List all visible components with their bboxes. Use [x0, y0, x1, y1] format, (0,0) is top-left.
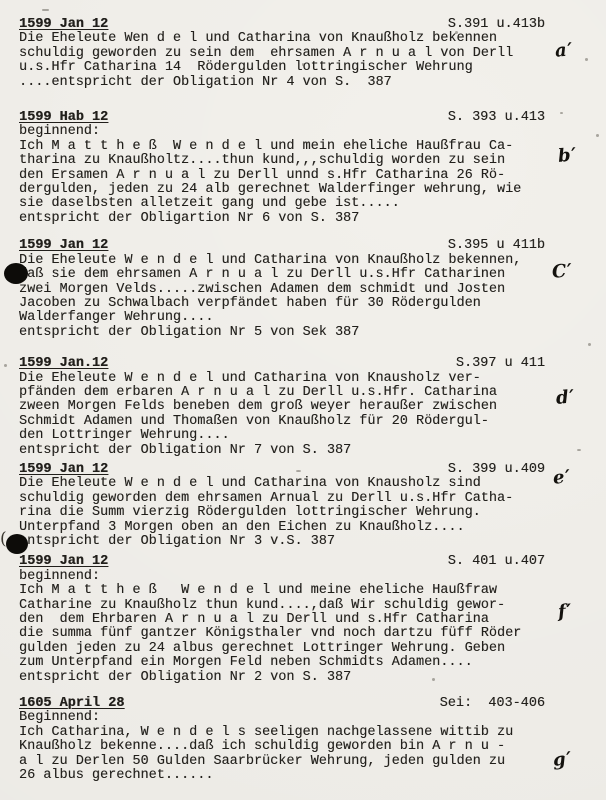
scan-speck — [560, 112, 563, 114]
margin-annotation: e′ — [552, 466, 572, 489]
entry-body: Ich M a t t h e ß W e n d e l und meine … — [19, 584, 545, 685]
scan-speck — [42, 9, 49, 11]
entry-date: 1605 April 28 — [19, 697, 124, 711]
entry-date: 1599 Jan.12 — [19, 357, 108, 371]
entry-page-ref: S. 393 u.413 — [448, 111, 545, 125]
entry-header: 1599 Jan 12 S.391 u.413b — [19, 18, 545, 32]
entry-page-ref: S. 401 u.407 — [448, 555, 545, 569]
entry-page-ref: S.395 u 411b — [448, 239, 545, 253]
entry-header: 1599 Jan 12 S. 401 u.407 — [19, 555, 545, 569]
record-entry-c: 1599 Jan 12 S.395 u 411b Die Eheleute W … — [19, 239, 545, 340]
scan-speck — [596, 134, 599, 137]
entry-body: Die Eheleute W e n d e l und Catharina v… — [19, 372, 545, 458]
record-entry-d: 1599 Jan.12 S.397 u 411 Die Eheleute W e… — [19, 357, 545, 458]
entry-intro: beginnend: — [19, 125, 545, 139]
scan-speck — [577, 449, 581, 451]
ink-blot — [6, 534, 28, 554]
entry-date: 1599 Jan 12 — [19, 555, 108, 569]
entry-header: 1599 Jan 12 S. 399 u.409 — [19, 463, 545, 477]
record-entry-f: 1599 Jan 12 S. 401 u.407 beginnend: Ich … — [19, 555, 545, 685]
entry-page-ref: S. 399 u.409 — [448, 463, 545, 477]
entry-page-ref: S.397 u 411 — [456, 357, 545, 371]
scan-speck — [585, 58, 588, 61]
document-page: 1599 Jan 12 S.391 u.413b Die Eheleute We… — [0, 0, 606, 800]
entry-body: Die Eheleute W e n d e l und Catharina v… — [19, 254, 545, 340]
scan-speck — [432, 678, 435, 681]
margin-annotation: b′ — [557, 144, 578, 167]
margin-annotation: g′ — [552, 748, 573, 771]
entry-page-ref: S.391 u.413b — [448, 18, 545, 32]
entry-body: Ich Catharina, W e n d e l s seeligen na… — [19, 726, 545, 784]
entry-page-ref: Sei: 403-406 — [440, 697, 545, 711]
record-entry-b: 1599 Hab 12 S. 393 u.413 beginnend: Ich … — [19, 111, 545, 226]
scan-speck — [4, 364, 7, 367]
record-entry-a: 1599 Jan 12 S.391 u.413b Die Eheleute We… — [19, 18, 545, 90]
entry-date: 1599 Jan 12 — [19, 239, 108, 253]
record-entry-e: 1599 Jan 12 S. 399 u.409 Die Eheleute W … — [19, 463, 545, 549]
entry-header: 1599 Jan 12 S.395 u 411b — [19, 239, 545, 253]
entry-body: Die Eheleute W e n d e l und Catharina v… — [19, 477, 545, 549]
margin-annotation: f′ — [557, 601, 573, 623]
scan-speck — [302, 63, 304, 66]
entry-header: 1599 Jan.12 S.397 u 411 — [19, 357, 545, 371]
entry-date: 1599 Jan 12 — [19, 463, 108, 477]
entry-intro: Beginnend: — [19, 711, 545, 725]
entry-date: 1599 Jan 12 — [19, 18, 108, 32]
entry-date: 1599 Hab 12 — [19, 111, 108, 125]
entry-intro: beginnend: — [19, 570, 545, 584]
entry-body: Ich M a t t h e ß W e n d e l und mein e… — [19, 140, 545, 226]
scan-speck — [455, 31, 458, 34]
entry-header: 1605 April 28 Sei: 403-406 — [19, 697, 545, 711]
scan-speck — [296, 470, 301, 472]
margin-annotation: d′ — [555, 386, 576, 409]
scan-speck — [588, 343, 591, 346]
entry-body: Die Eheleute Wen d e l und Catharina von… — [19, 32, 545, 90]
record-entry-g: 1605 April 28 Sei: 403-406 Beginnend: Ic… — [19, 697, 545, 783]
entry-header: 1599 Hab 12 S. 393 u.413 — [19, 111, 545, 125]
margin-annotation: C′ — [551, 260, 574, 283]
margin-annotation: a′ — [554, 39, 574, 62]
